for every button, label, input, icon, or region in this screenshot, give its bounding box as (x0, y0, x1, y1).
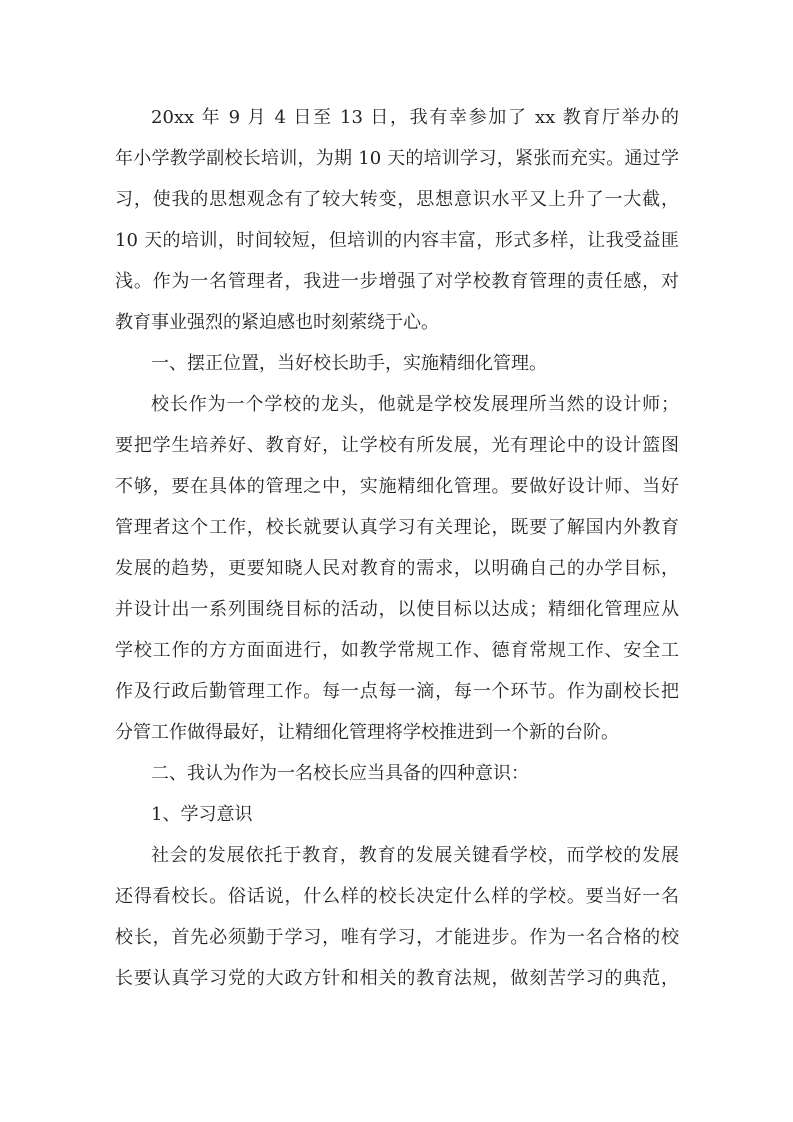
text-line: 二、我认为作为一名校长应当具备的四种意识： (115, 753, 679, 794)
text-line: 作及行政后勤管理工作。每一点每一滴，每一个环节。作为副校长把 (115, 671, 679, 712)
paragraph: 校长作为一个学校的龙头，他就是学校发展理所当然的设计师；要把学生培养好、教育好，… (115, 384, 679, 753)
document-page: 20xx 年 9 月 4 日至 13 日，我有幸参加了 xx 教育厅举办的 20… (0, 0, 793, 1122)
text-line: 校长，首先必须勤于学习，唯有学习，才能进步。作为一名合格的校 (115, 917, 679, 958)
text-line: 还得看校长。俗话说，什么样的校长决定什么样的学校。要当好一名 (115, 876, 679, 917)
text-line: 学校工作的方方面面进行，如教学常规工作、德育常规工作、安全工 (115, 630, 679, 671)
text-line: 要把学生培养好、教育好，让学校有所发展，光有理论中的设计篮图 (115, 425, 679, 466)
text-line: 年小学教学副校长培训，为期 10 天的培训学习，紧张而充实。通过学 (115, 138, 679, 179)
text-line: 并设计出一系列围绕目标的活动，以使目标以达成；精细化管理应从 (115, 589, 679, 630)
text-line: 浅。作为一名管理者，我进一步增强了对学校教育管理的责任感，对 (115, 261, 679, 302)
text-line: 不够，要在具体的管理之中，实施精细化管理。要做好设计师、当好 (115, 466, 679, 507)
paragraph: 20xx 年 9 月 4 日至 13 日，我有幸参加了 xx 教育厅举办的 20… (115, 97, 679, 343)
text-line: 1、学习意识 (115, 794, 679, 835)
paragraph: 二、我认为作为一名校长应当具备的四种意识： (115, 753, 679, 794)
text-line: 管理者这个工作，校长就要认真学习有关理论，既要了解国内外教育 (115, 507, 679, 548)
text-line: 教育事业强烈的紧迫感也时刻萦绕于心。 (115, 302, 679, 343)
text-line: 一、摆正位置，当好校长助手，实施精细化管理。 (115, 343, 679, 384)
text-line: 10 天的培训，时间较短，但培训的内容丰富，形式多样，让我受益匪 (115, 220, 679, 261)
text-line: 习，使我的思想观念有了较大转变，思想意识水平又上升了一大截， (115, 179, 679, 220)
text-line: 20xx 年 9 月 4 日至 13 日，我有幸参加了 xx 教育厅举办的 20… (115, 97, 679, 138)
paragraph: 社会的发展依托于教育，教育的发展关键看学校，而学校的发展还得看校长。俗话说，什么… (115, 835, 679, 999)
paragraph: 1、学习意识 (115, 794, 679, 835)
text-line: 长要认真学习党的大政方针和相关的教育法规，做刻苦学习的典范， (115, 958, 679, 999)
paragraph: 一、摆正位置，当好校长助手，实施精细化管理。 (115, 343, 679, 384)
text-line: 社会的发展依托于教育，教育的发展关键看学校，而学校的发展 (115, 835, 679, 876)
document-body: 20xx 年 9 月 4 日至 13 日，我有幸参加了 xx 教育厅举办的 20… (115, 97, 679, 999)
text-line: 发展的趋势，更要知晓人民对教育的需求，以明确自己的办学目标， (115, 548, 679, 589)
text-line: 分管工作做得最好，让精细化管理将学校推进到一个新的台阶。 (115, 712, 679, 753)
text-line: 校长作为一个学校的龙头，他就是学校发展理所当然的设计师； (115, 384, 679, 425)
